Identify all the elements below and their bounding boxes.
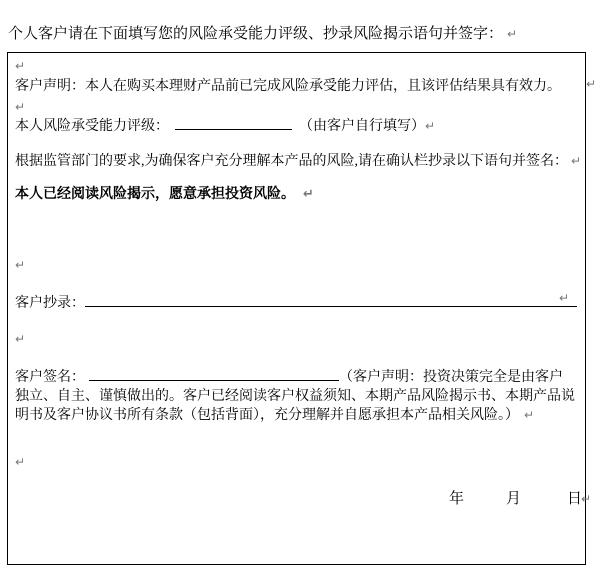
document-page: 个人客户请在下面填写您的风险承受能力评级、抄录风险揭示语句并签字：↵ ↵ ↵ 客… bbox=[0, 0, 595, 574]
paragraph-mark-icon: ↵ bbox=[15, 455, 25, 469]
paragraph-mark-icon: ↵ bbox=[303, 187, 314, 202]
signature-note-line-1: （客户声明：投资决策完全是由客户 bbox=[339, 370, 563, 385]
transcribe-label: 客户抄录： bbox=[15, 294, 85, 313]
instruction-line: 个人客户请在下面填写您的风险承受能力评级、抄录风险揭示语句并签字：↵ bbox=[8, 25, 517, 44]
signature-label: 客户签名： bbox=[15, 370, 85, 385]
instruction-text: 个人客户请在下面填写您的风险承受能力评级、抄录风险揭示语句并签字： bbox=[8, 26, 503, 42]
risk-statement-line: 本人已经阅读风险揭示，愿意承担投资风险。↵ bbox=[15, 185, 314, 204]
rating-line: 本人风险承受能力评级：（由客户自行填写）↵ bbox=[15, 114, 435, 136]
end-of-row-mark-icon: ↵ bbox=[586, 78, 595, 90]
client-declaration-text: 客户声明：本人在购买本理财产品前已完成风险承受能力评估，且该评估结果具有效力。 bbox=[15, 77, 561, 96]
paragraph-mark-icon: ↵ bbox=[15, 59, 25, 73]
signature-block: 客户签名：（客户声明：投资决策完全是由客户独立、自主、谨慎做出的。客户已经阅读客… bbox=[15, 365, 581, 425]
paragraph-mark-icon: ↵ bbox=[571, 155, 581, 167]
date-year-label: 年 bbox=[449, 490, 464, 509]
risk-statement-text: 本人已经阅读风险揭示，愿意承担投资风险。 bbox=[15, 187, 295, 202]
date-day-label: 日 bbox=[567, 490, 582, 509]
paragraph-mark-icon: ↵ bbox=[15, 332, 25, 346]
paragraph-mark-icon: ↵ bbox=[15, 258, 25, 272]
signature-fill-in-blank[interactable] bbox=[89, 365, 339, 381]
empty-paragraph: ↵ bbox=[15, 57, 25, 76]
rating-fill-in-blank[interactable] bbox=[175, 114, 292, 130]
declaration-box: ↵ 客户声明：本人在购买本理财产品前已完成风险承受能力评估，且该评估结果具有效力… bbox=[7, 52, 586, 565]
signature-note-line-3: 明书及客户协议书所有条款（包括背面），充分理解并自愿承担本产品相关风险。）↵ bbox=[15, 406, 581, 425]
paragraph-mark-icon: ↵ bbox=[425, 119, 435, 133]
empty-paragraph: ↵ bbox=[15, 330, 25, 349]
rating-label: 本人风险承受能力评级： bbox=[15, 119, 169, 134]
regulator-requirement-text: 根据监管部门的要求,为确保客户充分理解本产品的风险,请在确认栏抄录以下语句并签名… bbox=[15, 154, 568, 169]
paragraph-mark-icon: ↵ bbox=[524, 408, 534, 422]
date-line: 年 月 日 ↵ bbox=[8, 490, 585, 510]
paragraph-mark-icon: ↵ bbox=[581, 493, 591, 505]
rating-note: （由客户自行填写） bbox=[299, 119, 425, 134]
transcribe-line: 客户抄录：↵ bbox=[15, 291, 579, 313]
regulator-requirement-line: 根据监管部门的要求,为确保客户充分理解本产品的风险,请在确认栏抄录以下语句并签名… bbox=[15, 152, 579, 171]
paragraph-mark-icon: ↵ bbox=[507, 27, 517, 41]
empty-paragraph: ↵ bbox=[15, 256, 25, 275]
paragraph-mark-icon: ↵ bbox=[15, 100, 25, 114]
transcribe-fill-in-blank[interactable] bbox=[85, 291, 577, 307]
date-month-label: 月 bbox=[506, 490, 521, 509]
paragraph-mark-icon: ↵ bbox=[559, 292, 569, 304]
empty-paragraph: ↵ bbox=[15, 453, 25, 472]
signature-note-line-2: 独立、自主、谨慎做出的。客户已经阅读客户权益须知、本期产品风险揭示书、本期产品说 bbox=[15, 387, 581, 406]
